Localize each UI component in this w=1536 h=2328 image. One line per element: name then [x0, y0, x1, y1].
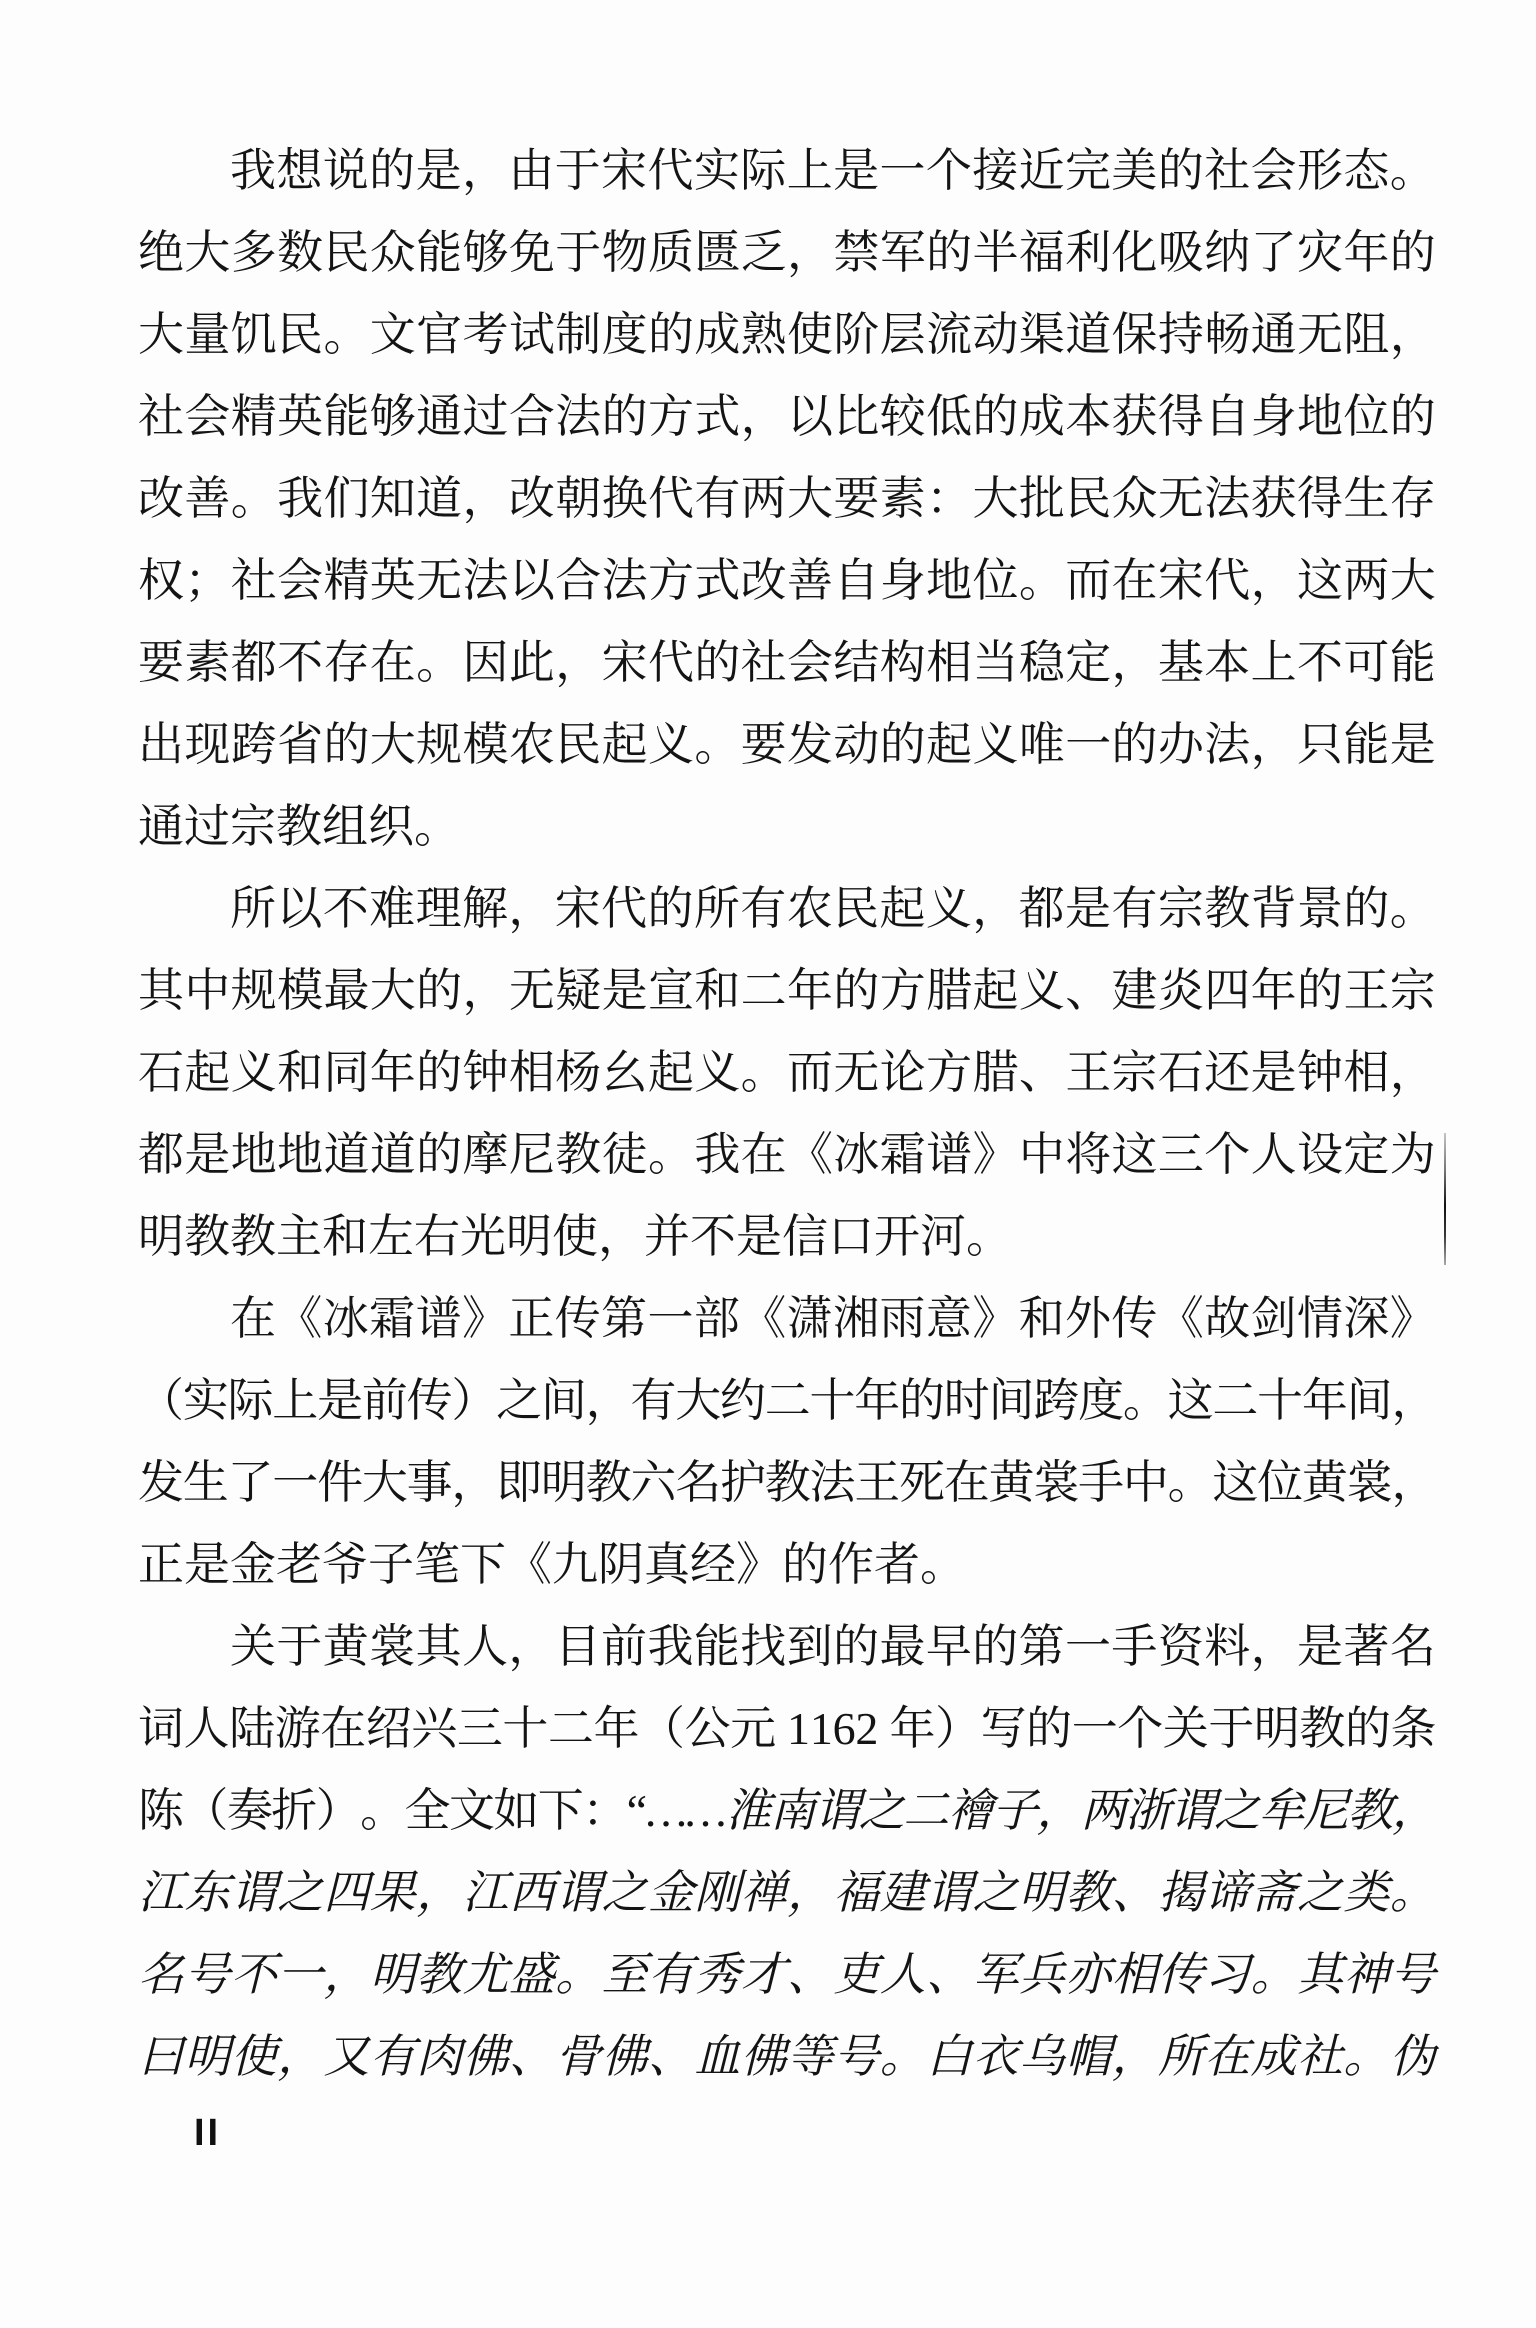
text-char: 一: [1065, 704, 1111, 786]
text-char: 和: [277, 1032, 323, 1114]
quoted-text-char: 不: [231, 1934, 277, 2016]
text-char: 最: [323, 950, 369, 1032]
text-char: 教: [765, 1442, 810, 1524]
text-char: 件: [317, 1442, 362, 1524]
quoted-text-char: 军: [972, 1934, 1018, 2016]
text-char: 大: [184, 212, 230, 294]
quoted-text-char: 谓: [926, 1852, 972, 1934]
text-char: 道: [1065, 294, 1111, 376]
text-char: 一: [1072, 1688, 1118, 1770]
text-char: 结: [833, 622, 879, 704]
text-char: 部: [694, 1278, 740, 1360]
text-char: 元: [730, 1688, 776, 1770]
text-char: 起: [602, 704, 648, 786]
text-char: 护: [720, 1442, 765, 1524]
text-line: 权；社会精英无法以合法方式改善自身地位。而在宋代，这两大: [138, 540, 1436, 622]
quoted-text-char: 佛: [602, 2016, 648, 2098]
text-char: 无: [833, 1032, 879, 1114]
text-char: 目: [555, 1606, 601, 1688]
text-char: 际: [228, 1360, 273, 1442]
quoted-text-char: 秀: [694, 1934, 740, 2016]
text-char: 间: [1347, 1360, 1392, 1442]
quoted-text-char: 之: [859, 1770, 903, 1852]
text-char: 两: [741, 458, 787, 540]
text-line: 正是金老爷子笔下《九阴真经》的作者。: [138, 1524, 1436, 1606]
quoted-text-char: 。: [880, 2016, 926, 2098]
text-char: 起: [879, 868, 925, 950]
text-line: 大量饥民。文官考试制度的成熟使阶层流动渠道保持畅通无阻，: [138, 294, 1436, 376]
text-char: ）: [316, 1770, 360, 1852]
text-char: 二: [548, 1688, 594, 1770]
text-char: 通: [416, 376, 462, 458]
text-char: 公: [685, 1688, 731, 1770]
quoted-text-char: 亦: [1065, 1934, 1111, 2016]
text-char: 式: [694, 376, 740, 458]
text-char: 会: [184, 376, 230, 458]
text-char: 众: [1112, 458, 1158, 540]
text-char: 难: [369, 868, 415, 950]
text-char: 人: [1251, 1114, 1297, 1196]
text-char: 到: [787, 1606, 833, 1688]
text-char: 义: [231, 1032, 277, 1114]
text-char: 宣: [648, 950, 694, 1032]
text-char: 以: [509, 540, 555, 622]
text-char: 是: [184, 1114, 230, 1196]
text-char: 年: [854, 1360, 899, 1442]
quoted-text-char: …: [686, 1770, 726, 1852]
text-char: ：: [926, 458, 972, 540]
text-char: 如: [493, 1770, 537, 1852]
text-char: 剑: [1251, 1278, 1297, 1360]
text-char: 利: [1065, 212, 1111, 294]
text-char: 批: [1019, 458, 1065, 540]
text-char: 十: [809, 1360, 854, 1442]
text-char: 十: [502, 1688, 548, 1770]
quoted-text-char: 有: [648, 1934, 694, 2016]
book-page: 我想说的是，由于宋代实际上是一个接近完美的社会形态。绝大多数民众能够免于物质匮乏…: [0, 0, 1536, 2328]
text-char: 的: [1297, 950, 1343, 1032]
text-char: 冰: [833, 1114, 879, 1196]
text-char: 之: [496, 1360, 541, 1442]
quoted-text-char: 尤: [463, 1934, 509, 2016]
text-char: 名: [675, 1442, 720, 1524]
text-char: 。: [1168, 1442, 1213, 1524]
quoted-text-char: 、: [648, 2016, 694, 2098]
text-char: 大: [1390, 540, 1436, 622]
text-char: 黄: [1302, 1442, 1347, 1524]
text-char: 流: [926, 294, 972, 376]
text-char: 绝: [138, 212, 184, 294]
text-char: 方: [926, 1032, 972, 1114]
quoted-text-char: 吏: [833, 1934, 879, 2016]
quoted-text-char: 神: [1343, 1934, 1389, 2016]
quoted-text-char: 、: [1112, 1852, 1158, 1934]
text-char: 。: [323, 294, 369, 376]
text-char: 不: [1297, 622, 1343, 704]
text-char: 道: [416, 458, 462, 540]
quoted-text-char: 淮: [725, 1770, 769, 1852]
text-char: 黄: [989, 1442, 1034, 1524]
text-char: 起: [926, 704, 972, 786]
text-char: 理: [416, 868, 462, 950]
text-char: 能: [323, 376, 369, 458]
quoted-text-char: 尼: [1303, 1770, 1347, 1852]
text-char: 地: [926, 540, 972, 622]
quoted-text-char: 至: [602, 1934, 648, 2016]
text-char: 纳: [1204, 212, 1250, 294]
text-char: 是: [1065, 868, 1111, 950]
text-char: ：: [582, 1770, 626, 1852]
text-char: 石: [1158, 1032, 1204, 1114]
text-char: 》: [1390, 1278, 1436, 1360]
text-char: 摩: [463, 1114, 509, 1196]
text-char: 《: [740, 1278, 786, 1360]
text-char: 现: [184, 704, 230, 786]
text-char: 1: [810, 1688, 833, 1770]
text-char: 谱: [416, 1278, 462, 1360]
text-char: 是: [1297, 1606, 1343, 1688]
quoted-text-char: 建: [880, 1852, 926, 1934]
quoted-text-char: 两: [1081, 1770, 1125, 1852]
text-char: 规: [416, 704, 462, 786]
text-char: ，: [1390, 1032, 1436, 1114]
text-char: 相: [926, 622, 972, 704]
text-char: 相: [509, 1032, 555, 1114]
text-char: 料: [1204, 1606, 1250, 1688]
text-char: 石: [138, 1032, 184, 1114]
text-char: 物: [602, 212, 648, 294]
text-char: 民: [555, 704, 601, 786]
text-char: 教: [586, 1442, 631, 1524]
text-char: ，: [1251, 704, 1297, 786]
quoted-text-char: 号: [833, 2016, 879, 2098]
text-char: 、: [1065, 950, 1111, 1032]
text-char: 要: [741, 704, 787, 786]
text-char: 办: [1158, 704, 1204, 786]
text-char: 规: [231, 950, 277, 1032]
text-char: 中: [1123, 1442, 1168, 1524]
text-char: 大: [787, 458, 833, 540]
text-char: 裳: [369, 1606, 415, 1688]
text-char: 明: [1254, 1688, 1300, 1770]
text-line: 出现跨省的大规模农民起义。要发动的起义唯一的办法，只能是: [138, 704, 1436, 786]
text-segment: 通过宗教组织。: [138, 801, 460, 852]
quoted-text-char: 果: [370, 1852, 416, 1934]
text-char: 乏: [741, 212, 787, 294]
text-char: ，: [462, 130, 508, 212]
text-char: 我: [694, 1114, 740, 1196]
quoted-text-char: 。: [1343, 2016, 1389, 2098]
text-char: 关: [230, 1606, 276, 1688]
text-char: 自: [1204, 376, 1250, 458]
quoted-text-char: 襘: [947, 1770, 991, 1852]
text-char: 中: [184, 950, 230, 1032]
text-char: 两: [1343, 540, 1389, 622]
text-char: 素: [184, 622, 230, 704]
text-char: 的: [369, 130, 415, 212]
text-char: 道: [370, 1114, 416, 1196]
quoted-text-char: 江: [463, 1852, 509, 1934]
text-char: 跨: [1033, 1360, 1078, 1442]
text-char: 是: [416, 130, 462, 212]
quoted-text-char: ，: [787, 1852, 833, 1934]
text-char: 的: [972, 1606, 1018, 1688]
text-char: 深: [1343, 1278, 1389, 1360]
text-char: 间: [989, 1360, 1034, 1442]
text-char: 唯: [1019, 704, 1065, 786]
text-segment: 正是金老爷子笔下《九阴真经》的作者。: [138, 1539, 966, 1590]
text-char: 考: [463, 294, 509, 376]
text-char: 折: [271, 1770, 315, 1852]
text-char: 教: [555, 1114, 601, 1196]
text-char: 霜: [880, 1114, 926, 1196]
text-char: 的: [1345, 1688, 1391, 1770]
text-char: 宋: [555, 868, 601, 950]
text-char: 地: [1297, 376, 1343, 458]
text-char: 条: [1391, 1688, 1437, 1770]
text-line: （实际上是前传）之间，有大约二十年的时间跨度。这二十年间，: [138, 1360, 1436, 1442]
text-char: 。: [231, 458, 277, 540]
text-line: 都是地地道道的摩尼教徒。我在《冰霜谱》中将这三个人设定为: [138, 1114, 1436, 1196]
text-char: 会: [277, 540, 323, 622]
text-line: 发生了一件大事，即明教六名护教法王死在黄裳手中。这位黄裳，: [138, 1442, 1436, 1524]
text-char: 上: [272, 1360, 317, 1442]
text-char: 兴: [411, 1688, 457, 1770]
quoted-text-char: 相: [1112, 1934, 1158, 2016]
quoted-text-char: 子: [992, 1770, 1036, 1852]
text-char: 试: [509, 294, 555, 376]
text-char: 渠: [1019, 294, 1065, 376]
text-char: 年: [1343, 212, 1389, 294]
text-char: 阶: [833, 294, 879, 376]
text-char: 代: [648, 458, 694, 540]
text-char: 一: [272, 1442, 317, 1524]
text-char: ）: [451, 1360, 496, 1442]
text-char: 民: [833, 868, 879, 950]
text-char: 为: [1390, 1114, 1436, 1196]
text-char: 》: [972, 1278, 1018, 1360]
text-char: 众: [370, 212, 416, 294]
text-char: 发: [138, 1442, 183, 1524]
text-char: 文: [370, 294, 416, 376]
text-char: 义: [1019, 950, 1065, 1032]
text-char: ，: [463, 458, 509, 540]
text-char: 可: [1343, 622, 1389, 704]
text-char: 杨: [555, 1032, 601, 1114]
text-char: 较: [880, 376, 926, 458]
quoted-text-char: 二: [903, 1770, 947, 1852]
text-char: 不: [277, 622, 323, 704]
text-char: 将: [1065, 1114, 1111, 1196]
text-char: 《: [787, 1114, 833, 1196]
text-char: 是: [833, 130, 879, 212]
text-char: 相: [1343, 1032, 1389, 1114]
text-char: 的: [694, 622, 740, 704]
text-char: 只: [1297, 704, 1343, 786]
text-char: （: [639, 1688, 685, 1770]
text-char: 改: [741, 540, 787, 622]
text-char: 定: [1065, 622, 1111, 704]
quoted-text-char: 禅: [741, 1852, 787, 1934]
text-char: ，: [508, 1606, 554, 1688]
text-char: 身: [1251, 376, 1297, 458]
text-char: 王: [1343, 950, 1389, 1032]
text-char: 精: [231, 376, 277, 458]
text-char: 即: [496, 1442, 541, 1524]
text-char: 第: [601, 1278, 647, 1360]
text-char: 稳: [1019, 622, 1065, 704]
text-char: ，: [741, 376, 787, 458]
text-char: 由: [508, 130, 554, 212]
text-char: 六: [630, 1442, 675, 1524]
text-char: 所: [230, 868, 276, 950]
text-char: 谱: [926, 1114, 972, 1196]
text-char: 官: [416, 294, 462, 376]
text-char: 腊: [926, 950, 972, 1032]
quoted-text-char: 揭: [1158, 1852, 1204, 1934]
text-char: 成: [1019, 376, 1065, 458]
quoted-text-char: 谓: [814, 1770, 858, 1852]
text-char: 要: [138, 622, 184, 704]
text-char: 说: [323, 130, 369, 212]
text-char: 的: [1390, 212, 1436, 294]
text-char: 故: [1204, 1278, 1250, 1360]
text-char: 人: [184, 1688, 230, 1770]
text-char: 保: [1112, 294, 1158, 376]
text-char: 。: [1019, 540, 1065, 622]
text-char: 匮: [694, 212, 740, 294]
text-char: 得: [1297, 458, 1343, 540]
text-line: 在《冰霜谱》正传第一部《潇湘雨意》和外传《故剑情深》: [138, 1278, 1436, 1360]
quoted-text-char: 兵: [1019, 1934, 1065, 2016]
quoted-text-char: 之: [1214, 1770, 1258, 1852]
text-char: 大: [972, 458, 1018, 540]
text-char: 实: [694, 130, 740, 212]
text-char: 、: [1019, 1032, 1065, 1114]
text-char: 全: [405, 1770, 449, 1852]
text-char: ，: [463, 950, 509, 1032]
text-char: 义: [694, 1032, 740, 1114]
text-char: 动: [972, 294, 1018, 376]
text-char: 能: [416, 212, 462, 294]
text-char: 宋: [1158, 540, 1204, 622]
quoted-text-char: 社: [1297, 2016, 1343, 2098]
quoted-text-char: 其: [1297, 1934, 1343, 2016]
text-line: 改善。我们知道，改朝换代有两大要素：大批民众无法获得生存: [138, 458, 1436, 540]
text-char: 身: [880, 540, 926, 622]
text-line: 其中规模最大的，无疑是宣和二年的方腊起义、建炎四年的王宗: [138, 950, 1436, 1032]
text-char: 疑: [555, 950, 601, 1032]
text-char: 素: [880, 458, 926, 540]
text-char: 意: [926, 1278, 972, 1360]
text-char: 农: [509, 704, 555, 786]
text-char: 比: [833, 376, 879, 458]
text-line: 关于黄裳其人，目前我能找到的最早的第一手资料，是著名: [138, 1606, 1436, 1688]
text-char: 想: [276, 130, 322, 212]
text-char: 跨: [231, 704, 277, 786]
text-char: 制: [555, 294, 601, 376]
text-char: 福: [1019, 212, 1065, 294]
text-char: 义: [926, 868, 972, 950]
text-char: 传: [1111, 1278, 1157, 1360]
text-line: 名号不一，明教尤盛。至有秀才、吏人、军兵亦相传习。其神号: [138, 1934, 1436, 2016]
text-char: 畅: [1204, 294, 1250, 376]
text-char: 中: [1019, 1114, 1065, 1196]
text-char: 都: [1019, 868, 1065, 950]
text-char: 饥: [231, 294, 277, 376]
text-char: [776, 1688, 787, 1770]
quoted-text-char: 福: [833, 1852, 879, 1934]
text-char: 霜: [369, 1278, 415, 1360]
text-char: 的: [416, 1114, 462, 1196]
text-char: ，: [1112, 622, 1158, 704]
text-char: 质: [648, 212, 694, 294]
text-char: 年: [370, 1032, 416, 1114]
quoted-text-char: ，: [1112, 2016, 1158, 2098]
text-char: 是: [1390, 704, 1436, 786]
text-char: 大: [362, 1442, 407, 1524]
text-char: ，: [1251, 1606, 1297, 1688]
text-char: 际: [740, 130, 786, 212]
quoted-text-char: 骨: [555, 2016, 601, 2098]
text-char: 生: [1343, 458, 1389, 540]
text-char: 法: [809, 1442, 854, 1524]
text-char: 义: [972, 704, 1018, 786]
text-char: ，: [555, 622, 601, 704]
text-char: 奏: [227, 1770, 271, 1852]
text-char: 民: [323, 212, 369, 294]
text-char: 年: [593, 1688, 639, 1770]
text-char: 在: [944, 1442, 989, 1524]
quoted-text-char: 西: [509, 1852, 555, 1934]
text-char: 半: [972, 212, 1018, 294]
quoted-text-char: 东: [184, 1852, 230, 1934]
text-char: 过: [463, 376, 509, 458]
text-char: 能: [694, 1606, 740, 1688]
text-char: 熟: [741, 294, 787, 376]
text-char: 英: [370, 540, 416, 622]
text-char: 死: [899, 1442, 944, 1524]
quoted-text-char: 所: [1158, 2016, 1204, 2098]
text-char: 善: [184, 458, 230, 540]
text-char: 我: [648, 1606, 694, 1688]
text-char: 接: [972, 130, 1018, 212]
quoted-text-char: 教: [1065, 1852, 1111, 1934]
text-line: 明教教主和左右光明使，并不是信口开河。: [138, 1196, 1436, 1278]
text-char: 情: [1297, 1278, 1343, 1360]
text-char: 宋: [601, 130, 647, 212]
quoted-text-char: 血: [694, 2016, 740, 2098]
text-char: 钟: [463, 1032, 509, 1114]
text-char: ，: [1391, 1442, 1436, 1524]
text-char: 景: [1297, 868, 1343, 950]
text-char: 此: [509, 622, 555, 704]
text-line: 通过宗教组织。: [138, 786, 1436, 868]
text-block: 我想说的是，由于宋代实际上是一个接近完美的社会形态。绝大多数民众能够免于物质匮乏…: [138, 130, 1436, 2098]
text-char: 。: [741, 1032, 787, 1114]
text-char: 要: [833, 458, 879, 540]
text-char: 找: [740, 1606, 786, 1688]
text-char: 无: [1158, 458, 1204, 540]
text-char: 前: [601, 1606, 647, 1688]
text-char: “: [627, 1770, 647, 1852]
quoted-text-char: 教: [1347, 1770, 1391, 1852]
text-char: 有: [740, 868, 786, 950]
text-char: 近: [1019, 130, 1065, 212]
text-char: 这: [1112, 1114, 1158, 1196]
text-char: 冰: [323, 1278, 369, 1360]
text-char: 会: [1251, 130, 1297, 212]
